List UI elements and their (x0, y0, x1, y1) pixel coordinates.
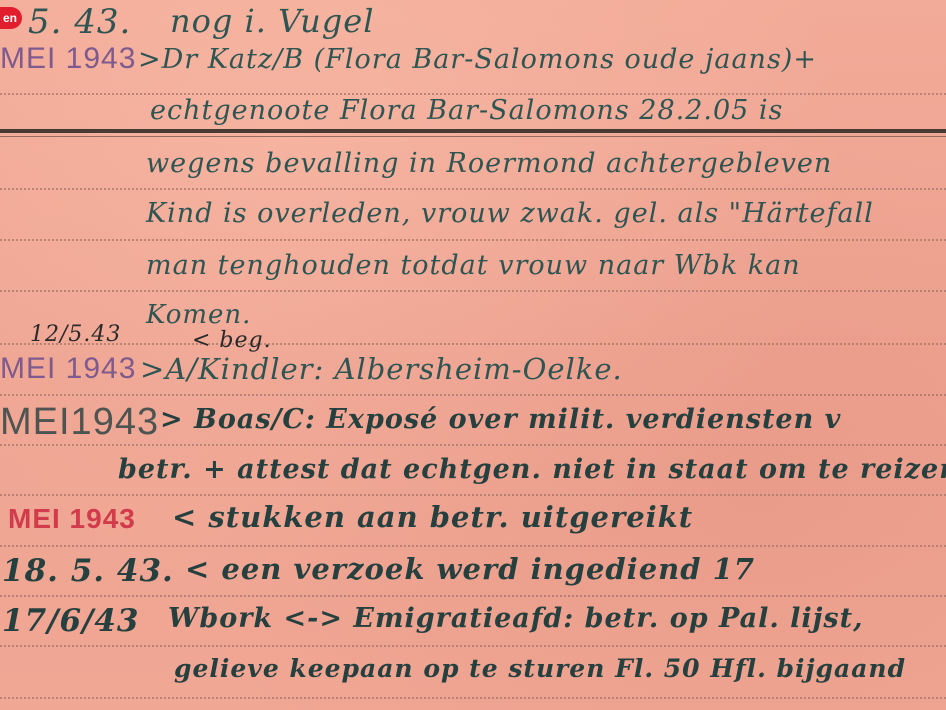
date-stamp-text: MEI 1943 (8, 503, 136, 534)
date-stamp-text: MEI 1943 (0, 352, 136, 385)
ruled-line (0, 545, 946, 547)
date-stamp: MEI 1943 (8, 503, 136, 535)
entry-text: echtgenoote Flora Bar-Salomons 28.2.05 i… (150, 95, 783, 126)
entry-text: gelieve keepaan op te sturen Fl. 50 Hfl.… (174, 654, 906, 683)
ruled-line (0, 239, 946, 241)
entry-text: >Dr Katz/B (Flora Bar-Salomons oude jaan… (138, 44, 817, 75)
entry-text: nog i. Vugel (170, 2, 374, 40)
entry-text: wegens bevalling in Roermond achtergeble… (146, 148, 832, 179)
entry-text: Komen. (146, 300, 251, 330)
entry-text: Wbork <-> Emigratieafd: betr. op Pal. li… (168, 603, 864, 634)
ruled-line (0, 697, 946, 699)
entry-text: Kind is overleden, vrouw zwak. gel. als … (146, 198, 874, 229)
entry-date: 18. 5. 43. (2, 553, 174, 589)
ruled-line (0, 394, 946, 396)
date-stamp-text: MEI1943 (0, 401, 159, 443)
archival-index-card: en 5. 43. nog i. Vugel MEI 1943 >Dr Katz… (0, 0, 946, 710)
entry-date: 5. 43. (28, 2, 131, 42)
ruled-line (0, 595, 946, 597)
heavy-divider-rule (0, 129, 946, 133)
date-stamp: MEI1943 (0, 401, 159, 444)
ruled-line (0, 645, 946, 647)
entry-date: 12/5.43 (30, 322, 121, 347)
ruled-line (0, 188, 946, 190)
ruled-line (0, 494, 946, 496)
entry-text: < beg. (192, 328, 272, 353)
notification-badge[interactable]: en (0, 7, 22, 29)
ruled-line (0, 290, 946, 292)
entry-text: < stukken aan betr. uitgereikt (172, 500, 693, 534)
date-stamp-text: MEI 1943 (0, 42, 136, 75)
entry-text: < een verzoek werd ingediend 17 (185, 552, 755, 586)
date-stamp: MEI 1943 (0, 42, 136, 76)
date-stamp: MEI 1943 (0, 352, 136, 386)
entry-text: > Boas/C: Exposé over milit. verdiensten… (160, 404, 841, 435)
ruled-line (0, 343, 946, 345)
entry-text: >A/Kindler: Albersheim-Oelke. (140, 352, 623, 386)
entry-text: betr. + attest dat echtgen. niet in staa… (118, 454, 946, 485)
entry-text: man tenghouden totdat vrouw naar Wbk kan (146, 250, 801, 281)
thin-divider-rule (0, 136, 946, 137)
ruled-line (0, 444, 946, 446)
entry-date: 17/6/43 (2, 603, 140, 639)
